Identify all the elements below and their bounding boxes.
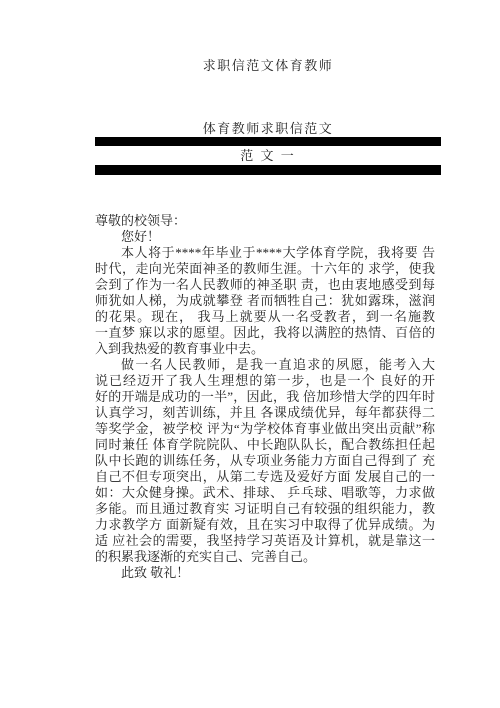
document-title: 求职信范文体育教师 [95, 58, 441, 74]
document-subtitle: 体育教师求职信范文 [95, 121, 441, 137]
body-line: 师犹如人梯，为成就攀登 者而牺牲自己：犹如露珠，滋润着吐艳 [95, 293, 435, 309]
divider-bar-bottom [95, 165, 441, 175]
body-line: 好的开端是成功的一半”，因此，我 倍加珍惜大学的四年时光， [95, 389, 435, 405]
body-line: 同时兼任 体育学院院队、中长跑队队长，配合教练担任起院田径 [95, 437, 435, 453]
body-line: 时代，走向光荣面神圣的教师生涯。十六年的 求学，使我深深体 [95, 261, 435, 277]
body-line: 尊敬的校领导： [95, 213, 435, 229]
divider-bar-top [95, 137, 441, 146]
body-line: 本人将于****年毕业于****大学体育学院，我将要 告别学生 [95, 245, 435, 261]
section-band-label: 范 文 一 [95, 146, 441, 165]
body-line: 的花果。现在， 我马上就要从一名受教者，到一名施教者，这是 [95, 309, 435, 325]
body-line: 认真学习，刻苦训练，并且 各课成绩优异，每年都获得二等或三 [95, 405, 435, 421]
document-page: 求职信范文体育教师 体育教师求职信范文 范 文 一 尊敬的校领导：您好！本人将于… [0, 0, 500, 708]
body-line: 做一名人民教师，是我一直追求的夙愿，能考入大 学，可以 [95, 357, 435, 373]
body-line: 入到我热爱的教育事业中去。 [95, 341, 435, 357]
body-line: 的积累我逐渐的充实自己、完善自己。 [95, 549, 435, 565]
body-line: 队中长跑的训练任务，从专项业务能力方面自己得到了 充分发挥。 [95, 453, 435, 469]
body-line: 适 应社会的需要，我坚持学习英语及计算机，就是靠这一 点一滴 [95, 533, 435, 549]
body-line: 力求教学方 面新疑有效，且在实习中取得了优异成绩。为了更加 [95, 517, 435, 533]
body-line: 会到了作为一名人民教师的神圣职 责，也由衷地感受到每一位老 [95, 277, 435, 293]
body-line: 您好！ [95, 229, 435, 245]
body-lines: 尊敬的校领导：您好！本人将于****年毕业于****大学体育学院，我将要 告别学… [95, 213, 435, 581]
body-line: 此致 敬礼！ [95, 565, 435, 581]
body-line: 自己不但专项突出，从第二专选及爱好方面 发展自己的一技之长， [95, 469, 435, 485]
body-line: 如：大众健身操。武术、排球、 乒乓球、唱歌等，力求做到一专 [95, 485, 435, 501]
body-line: 一直梦 寐以求的愿望。因此，我将以满腔的热情、百倍的信心 投 [95, 325, 435, 341]
body-line: 等奖学金，被学校 评为“为学校体育事业做出突出贡献”称号。 [95, 421, 435, 437]
document-body: 求职信范文体育教师 体育教师求职信范文 范 文 一 尊敬的校领导：您好！本人将于… [95, 0, 441, 581]
body-line: 说已经迈开了我人生理想的第一步，也是一个 良好的开始。“良 [95, 373, 435, 389]
body-line: 多能。而且通过教育实 习证明自己有较强的组织能力，教学能力， [95, 501, 435, 517]
